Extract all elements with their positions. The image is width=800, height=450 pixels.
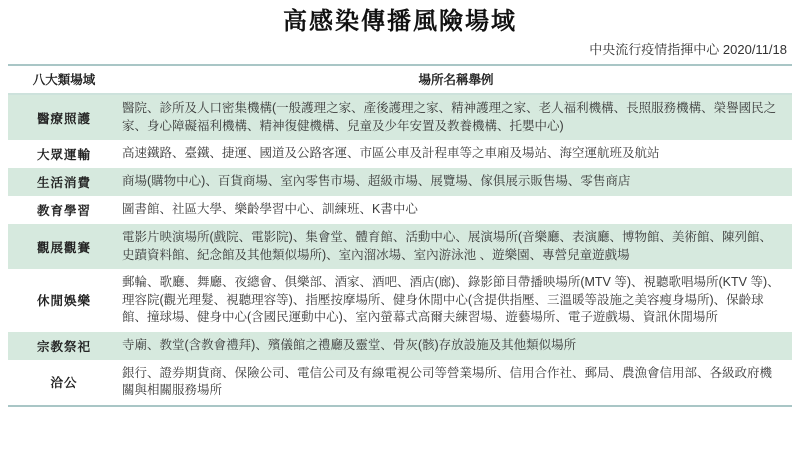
examples-text: 高速鐵路、臺鐵、捷運、國道及公路客運、市區公車及計程車等之車廂及場站、海空運航班…	[122, 145, 660, 163]
examples-cell: 郵輪、歌廳、舞廳、夜總會、俱樂部、酒家、酒吧、酒店(廊)、錄影節目帶播映場所(M…	[120, 269, 792, 332]
document-page: 高感染傳播風險場域 中央流行疫情指揮中心 2020/11/18 八大類場域 場所…	[0, 0, 800, 450]
table-row-leisure-entertainment: 休閒娛樂 郵輪、歌廳、舞廳、夜總會、俱樂部、酒家、酒吧、酒店(廊)、錄影節目帶播…	[8, 269, 792, 332]
table-row-public-transport: 大眾運輸 高速鐵路、臺鐵、捷運、國道及公路客運、市區公車及計程車等之車廂及場站、…	[8, 140, 792, 168]
page-title: 高感染傳播風險場域	[0, 0, 800, 35]
examples-cell: 商場(購物中心)、百貨商場、室內零售市場、超級市場、展覽場、傢俱展示販售場、零售…	[120, 168, 792, 196]
table-row-religious-worship: 宗教祭祀 寺廟、教堂(含教會禮拜)、殯儀館之禮廳及靈堂、骨灰(骸)存放設施及其他…	[8, 332, 792, 360]
table-row-medical-care: 醫療照護 醫院、診所及人口密集機構(一般護理之家、產後護理之家、精神護理之家、老…	[8, 95, 792, 140]
examples-text: 銀行、證券期貨商、保險公司、電信公司及有線電視公司等營業場所、信用合作社、郵局、…	[122, 365, 782, 400]
examples-text: 醫院、診所及人口密集機構(一般護理之家、產後護理之家、精神護理之家、老人福利機構…	[122, 100, 782, 135]
source-and-date: 中央流行疫情指揮中心 2020/11/18	[0, 42, 800, 58]
header-examples: 場所名稱舉例	[120, 66, 792, 93]
table-header-row: 八大類場域 場所名稱舉例	[8, 66, 792, 95]
examples-cell: 電影片映演場所(戲院、電影院)、集會堂、體育館、活動中心、展演場所(音樂廳、表演…	[120, 224, 792, 269]
category-cell: 休閒娛樂	[8, 269, 120, 332]
table-row-exhibitions-spectating: 觀展觀賽 電影片映演場所(戲院、電影院)、集會堂、體育館、活動中心、展演場所(音…	[8, 224, 792, 269]
category-cell: 教育學習	[8, 196, 120, 224]
examples-text: 郵輪、歌廳、舞廳、夜總會、俱樂部、酒家、酒吧、酒店(廊)、錄影節目帶播映場所(M…	[122, 274, 782, 327]
category-cell: 觀展觀賽	[8, 224, 120, 269]
table-row-daily-consumption: 生活消費 商場(購物中心)、百貨商場、室內零售市場、超級市場、展覽場、傢俱展示販…	[8, 168, 792, 196]
category-cell: 生活消費	[8, 168, 120, 196]
examples-text: 商場(購物中心)、百貨商場、室內零售市場、超級市場、展覽場、傢俱展示販售場、零售…	[122, 173, 630, 191]
category-cell: 醫療照護	[8, 95, 120, 140]
examples-text: 電影片映演場所(戲院、電影院)、集會堂、體育館、活動中心、展演場所(音樂廳、表演…	[122, 229, 782, 264]
header-category: 八大類場域	[8, 66, 120, 93]
examples-cell: 寺廟、教堂(含教會禮拜)、殯儀館之禮廳及靈堂、骨灰(骸)存放設施及其他類似場所	[120, 332, 792, 360]
examples-cell: 醫院、診所及人口密集機構(一般護理之家、產後護理之家、精神護理之家、老人福利機構…	[120, 95, 792, 140]
category-cell: 宗教祭祀	[8, 332, 120, 360]
examples-cell: 銀行、證券期貨商、保險公司、電信公司及有線電視公司等營業場所、信用合作社、郵局、…	[120, 360, 792, 405]
category-cell: 洽公	[8, 360, 120, 405]
table-row-official-business: 洽公 銀行、證券期貨商、保險公司、電信公司及有線電視公司等營業場所、信用合作社、…	[8, 360, 792, 405]
examples-text: 寺廟、教堂(含教會禮拜)、殯儀館之禮廳及靈堂、骨灰(骸)存放設施及其他類似場所	[122, 337, 576, 355]
category-cell: 大眾運輸	[8, 140, 120, 168]
table-row-education: 教育學習 圖書館、社區大學、樂齡學習中心、訓練班、K書中心	[8, 196, 792, 224]
examples-text: 圖書館、社區大學、樂齡學習中心、訓練班、K書中心	[122, 201, 418, 219]
risk-venues-table: 八大類場域 場所名稱舉例 醫療照護 醫院、診所及人口密集機構(一般護理之家、產後…	[8, 64, 792, 407]
examples-cell: 圖書館、社區大學、樂齡學習中心、訓練班、K書中心	[120, 196, 792, 224]
examples-cell: 高速鐵路、臺鐵、捷運、國道及公路客運、市區公車及計程車等之車廂及場站、海空運航班…	[120, 140, 792, 168]
